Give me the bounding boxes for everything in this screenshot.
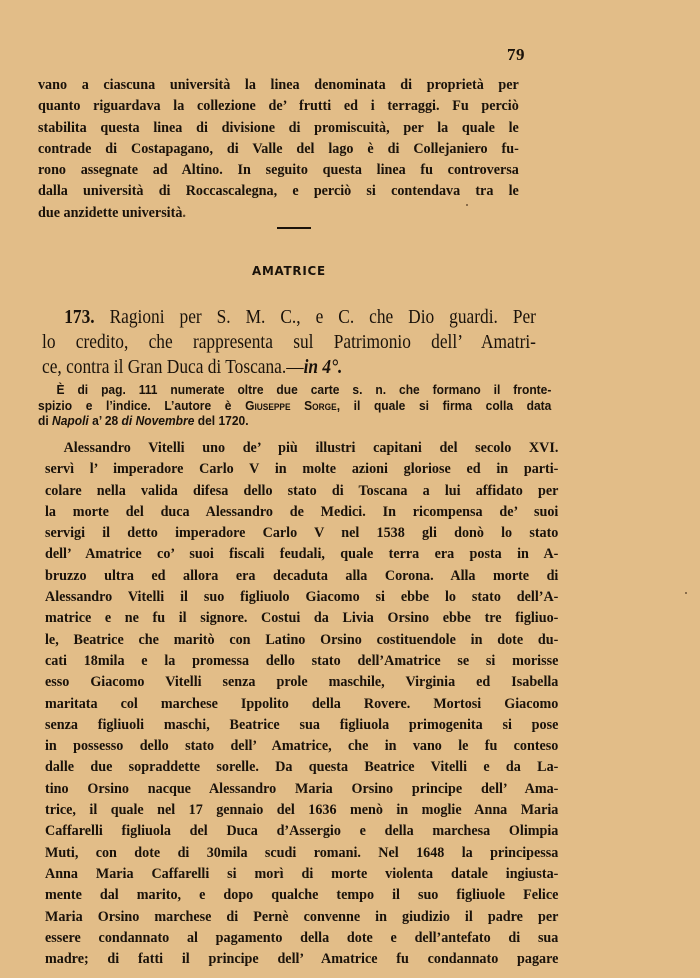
note-text: a’ 28 [89,413,122,428]
text-line: Muti, con dote di 30mila scudi romani. N… [45,842,558,863]
text-line: in possesso dello stato dell’ Amatrice, … [45,735,558,756]
print-speck [685,592,687,594]
entry-title-line: lo credito, che rappresenta sul Patrimon… [42,330,536,355]
text-line: trice, il quale nel 17 gennaio del 1636 … [45,799,558,820]
author-name: Giuseppe Sorge [245,398,337,413]
page-number: 79 [507,45,525,65]
text-line: madre; di fatti il principe dell’ Amatri… [45,948,558,969]
entry-title-text: ce, contra il Gran Duca di Toscana. [42,357,286,378]
text-line: vano a ciascuna università la linea deno… [38,74,519,95]
note-text: , il quale si firma colla data [337,398,552,413]
note-line: spizio e l’indice. L’autore è Giuseppe S… [38,398,551,414]
section-title: AMATRICE [252,263,326,278]
text-line: servì l’ imperadore Carlo V in molte azi… [45,458,558,479]
text-line: senza figliuoli maschi, Beatrice sua fig… [45,714,558,735]
place-name: Napoli [52,413,89,428]
date-month: di Novembre [122,413,195,428]
entry-format: in 4°. [304,357,343,378]
print-speck [183,215,185,217]
text-line: la morte del duca Alessandro de Medici. … [45,501,558,522]
text-line: dalla università di Roccascalegna, e per… [38,180,519,201]
text-line: Maria Orsino marchese di Pernè convenne … [45,906,558,927]
text-line: contrade di Costapagano, di Valle del la… [38,138,519,159]
note-line: È di pag. 111 numerate oltre due carte s… [38,382,551,398]
intro-paragraph: vano a ciascuna università la linea deno… [38,74,519,223]
text-line: due anzidette università. [38,202,519,223]
text-line: essere condannato al pagamento della dot… [45,927,558,948]
entry-title-line: 173. Ragioni per S. M. C., e C. che Dio … [42,305,536,330]
entry-heading: 173. Ragioni per S. M. C., e C. che Dio … [42,305,536,380]
text-line: Alessandro Vitelli uno de’ più illustri … [45,437,558,458]
text-line: matrice e ne fu il signore. Costui da Li… [45,607,558,628]
section-divider [277,227,311,229]
text-line: stabilita questa linea di divisione di p… [38,117,519,138]
text-line: rono assegnate ad Altino. In seguito que… [38,159,519,180]
print-speck [466,204,468,206]
text-line: quanto riguardava la collezione de’ frut… [38,95,519,116]
text-line: mente dal marito, e dopo qualche tempo i… [45,884,558,905]
bibliographic-note: È di pag. 111 numerate oltre due carte s… [38,382,551,429]
book-page: 79 vano a ciascuna università la linea d… [0,0,700,978]
entry-number: 173. [64,307,94,328]
note-text: spizio e l’indice. L’autore è [38,398,245,413]
text-line: dell’ Amatrice co’ suoi fiscali feudali,… [45,543,558,564]
text-line: servigi il detto imperadore Carlo V nel … [45,522,558,543]
text-line: tino Orsino nacque Alessandro Maria Orsi… [45,778,558,799]
format-dash: — [286,357,303,378]
text-line: Caffarelli figliuola del Duca d’Assergio… [45,820,558,841]
text-line: esso Giacomo Vitelli senza prole maschil… [45,671,558,692]
text-line: cati 18mila e la promessa dello stato de… [45,650,558,671]
note-text: di [38,413,52,428]
entry-title-line: ce, contra il Gran Duca di Toscana.—in 4… [42,355,536,380]
text-line: Alessandro Vitelli il suo figliuolo Giac… [45,586,558,607]
text-line: dalle due sopraddette sorelle. Da questa… [45,756,558,777]
note-line: di Napoli a’ 28 di Novembre del 1720. [38,413,551,429]
note-text: del 1720. [194,413,248,428]
text-line: Anna Maria Caffarelli si morì di morte v… [45,863,558,884]
text-line: bruzzo ultra ed allora era decaduta alla… [45,565,558,586]
text-line: le, Beatrice che maritò con Latino Orsin… [45,629,558,650]
text-line: colare nella valida difesa dello stato d… [45,480,558,501]
body-paragraph: Alessandro Vitelli uno de’ più illustri … [45,437,558,969]
text-line: maritata col marchese Ippolito della Rov… [45,693,558,714]
entry-title-text: Ragioni per S. M. C., e C. che Dio guard… [110,307,536,328]
